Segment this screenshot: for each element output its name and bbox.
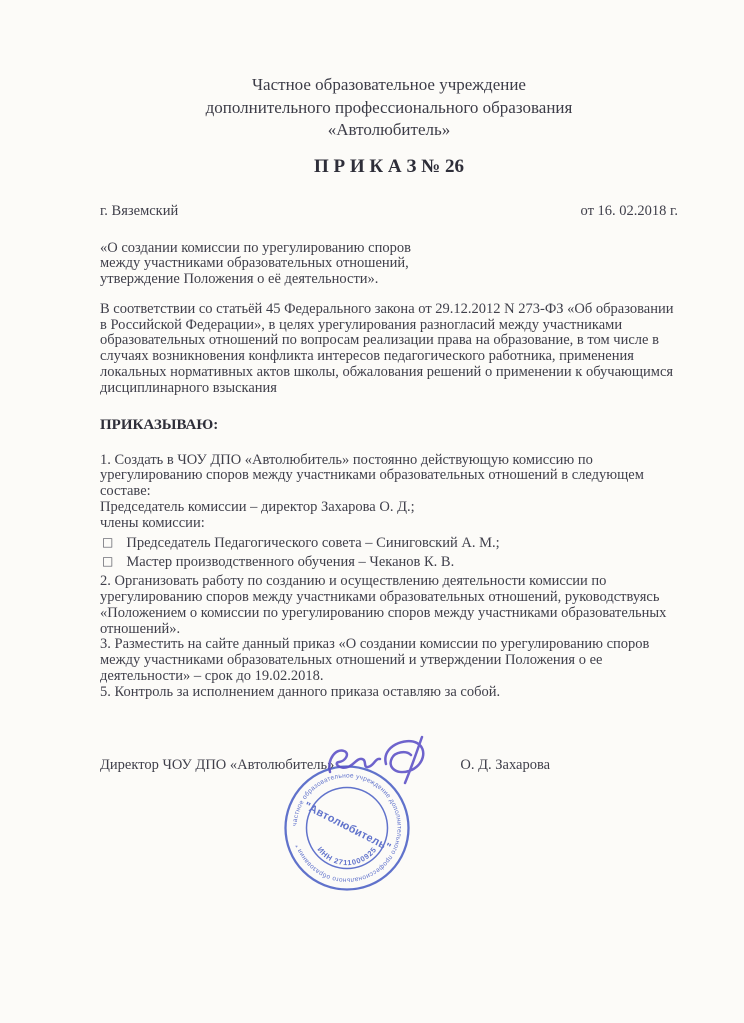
order-items: 1. Создать в ЧОУ ДПО «Автолюбитель» пост…	[100, 453, 678, 701]
checkbox-bullet-icon: □	[102, 535, 113, 551]
member-list-item: □ Председатель Педагогического совета – …	[102, 536, 678, 552]
org-name-line2: дополнительного профессионального образо…	[100, 97, 678, 120]
place-date-row: г. Вяземский от 16. 02.2018 г.	[100, 203, 678, 220]
order-paragraph-5: 5. Контроль за исполнением данного прика…	[100, 685, 678, 701]
org-header: Частное образовательное учреждение допол…	[100, 74, 678, 142]
handwritten-signature	[316, 728, 448, 792]
checkbox-bullet-icon: □	[102, 554, 113, 570]
signer-name: О. Д. Захарова	[460, 757, 550, 774]
order-paragraph-2: 2. Организовать работу по созданию и осу…	[100, 574, 678, 637]
order-paragraph-members: члены комиссии:	[100, 516, 678, 532]
order-paragraph-1: 1. Создать в ЧОУ ДПО «Автолюбитель» пост…	[100, 453, 678, 500]
order-preamble: В соответствии со статьёй 45 Федеральног…	[100, 302, 678, 397]
order-title: П Р И К А З № 26	[100, 156, 678, 178]
stamp-inn-text: ИНН 2711000925	[315, 845, 378, 867]
subject-line: утверждение Положения о её деятельности»…	[100, 272, 678, 288]
subject-line: между участниками образовательных отноше…	[100, 256, 678, 272]
member-list-item-text: Председатель Педагогического совета – Си…	[126, 536, 499, 552]
decree-word: ПРИКАЗЫВАЮ:	[100, 417, 678, 434]
order-paragraph-chairman: Председатель комиссии – директор Захаров…	[100, 500, 678, 516]
subject-line: «О создании комиссии по урегулированию с…	[100, 241, 678, 257]
member-list-item-text: Мастер производственного обучения – Чека…	[126, 555, 454, 571]
org-name-line1: Частное образовательное учреждение	[100, 74, 678, 97]
order-paragraph-3: 3. Разместить на сайте данный приказ «О …	[100, 637, 678, 684]
order-date: от 16. 02.2018 г.	[581, 203, 678, 220]
stamp-center-text: "Автолюбитель"	[302, 800, 393, 854]
document-page: Частное образовательное учреждение допол…	[0, 0, 744, 1023]
signature-row: Директор ЧОУ ДПО «Автолюбитель» О. Д. За…	[100, 757, 678, 774]
order-subject: «О создании комиссии по урегулированию с…	[100, 241, 678, 288]
signature-gap	[334, 768, 446, 769]
member-list-item: □ Мастер производственного обучения – Че…	[102, 555, 678, 571]
signature-role-label: Директор ЧОУ ДПО «Автолюбитель»	[100, 757, 334, 774]
order-place: г. Вяземский	[100, 203, 178, 220]
org-name-line3: «Автолюбитель»	[100, 119, 678, 142]
